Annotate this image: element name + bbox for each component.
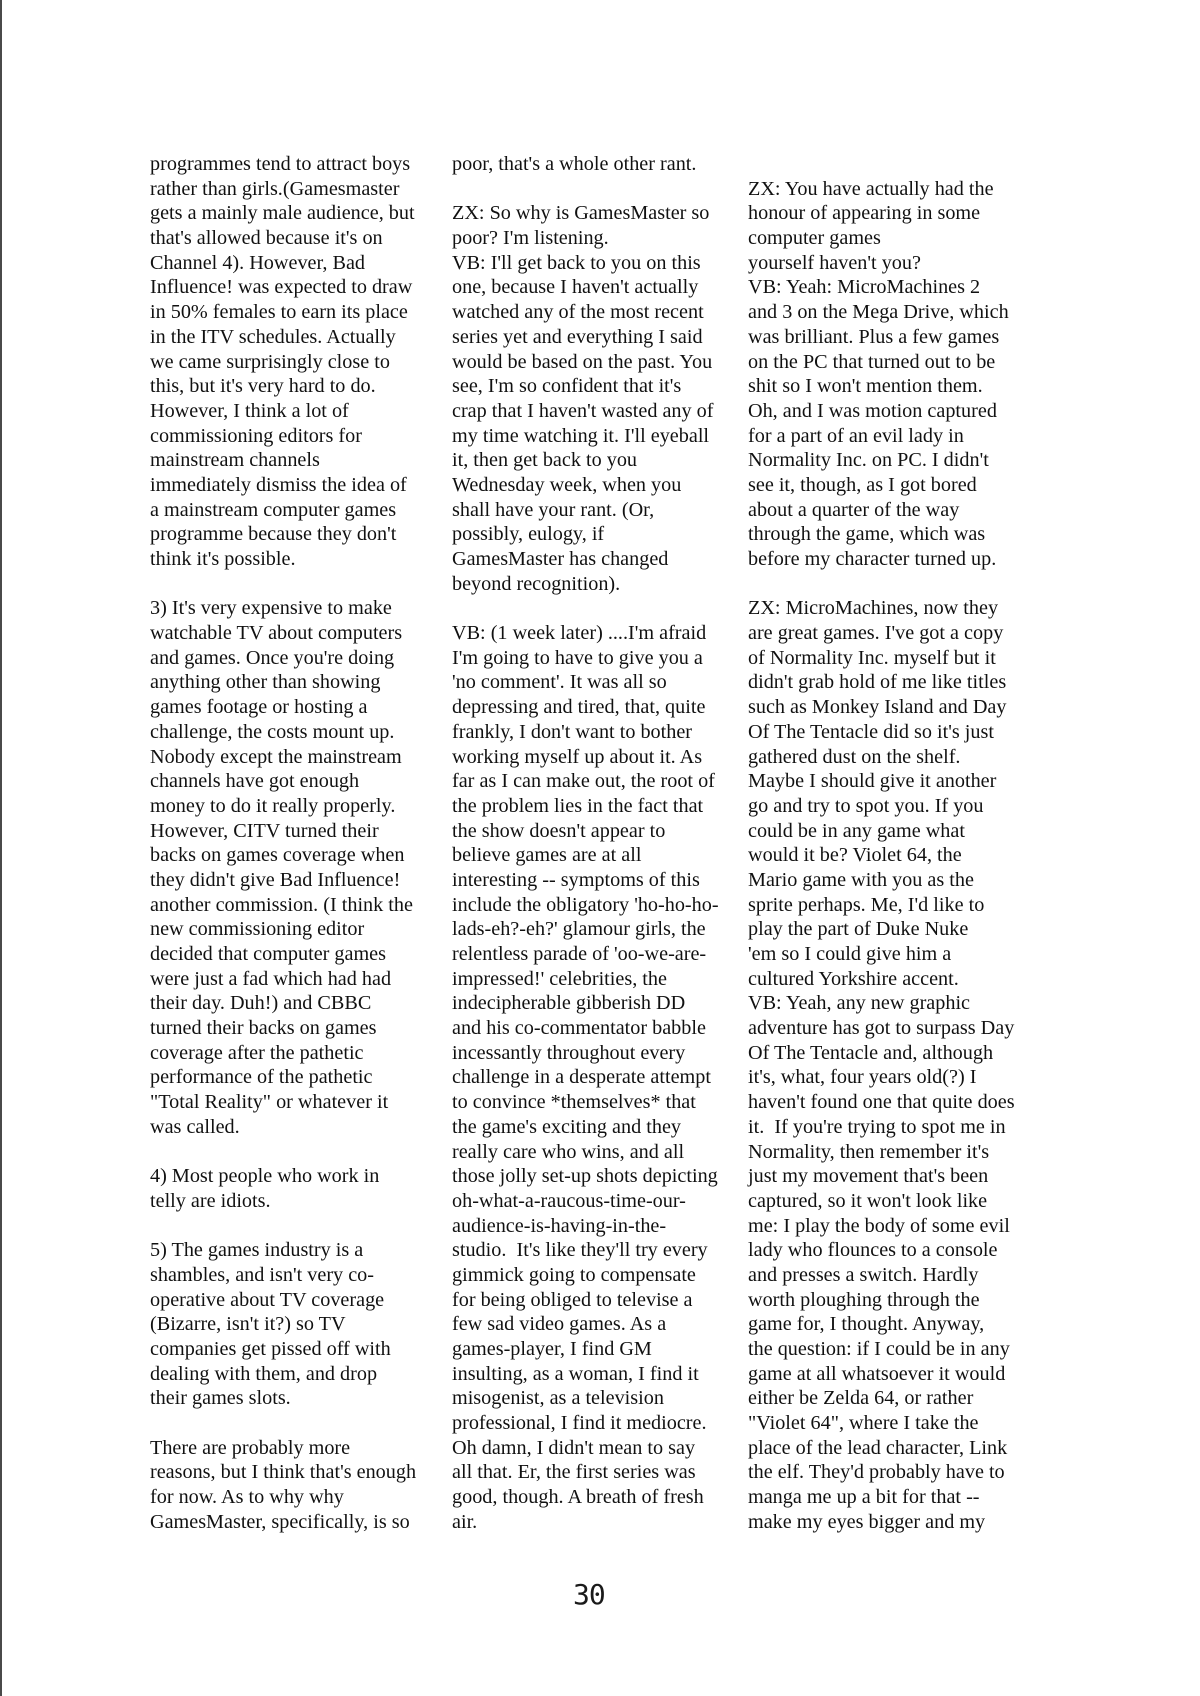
text-line: adventure has got to surpass Day: [748, 1016, 1048, 1041]
text-line: their day. Duh!) and CBBC: [150, 991, 440, 1016]
text-line: decided that computer games: [150, 942, 440, 967]
text-line: "Total Reality" or whatever it: [150, 1090, 440, 1115]
text-column-1: programmes tend to attract boysrather th…: [150, 152, 440, 1535]
text-line: GamesMaster, specifically, is so: [150, 1510, 440, 1535]
text-line: would it be? Violet 64, the: [748, 843, 1048, 868]
text-line: ZX: MicroMachines, now they: [748, 596, 1048, 621]
text-line: one, because I haven't actually: [452, 275, 747, 300]
text-line: Normality Inc. on PC. I didn't: [748, 448, 1048, 473]
text-line: and presses a switch. Hardly: [748, 1263, 1048, 1288]
text-line: gets a mainly male audience, but: [150, 201, 440, 226]
text-line: gathered dust on the shelf.: [748, 745, 1048, 770]
text-line: Influence! was expected to draw: [150, 275, 440, 300]
text-line: play the part of Duke Nuke: [748, 917, 1048, 942]
text-line: the game's exciting and they: [452, 1115, 747, 1140]
text-line: depressing and tired, that, quite: [452, 695, 747, 720]
text-column-2: poor, that's a whole other rant.ZX: So w…: [452, 152, 747, 1535]
text-line: cultured Yorkshire accent.: [748, 967, 1048, 992]
text-line: it's, what, four years old(?) I: [748, 1065, 1048, 1090]
text-line: Of The Tentacle did so it's just: [748, 720, 1048, 745]
text-line: see it, though, as I got bored: [748, 473, 1048, 498]
text-line: shit so I won't mention them.: [748, 374, 1048, 399]
text-line: 5) The games industry is a: [150, 1238, 440, 1263]
text-line: game at all whatsoever it would: [748, 1362, 1048, 1387]
text-line: shall have your rant. (Or,: [452, 498, 747, 523]
text-line: computer games: [748, 226, 1048, 251]
text-line: of Normality Inc. myself but it: [748, 646, 1048, 671]
text-line: really care who wins, and all: [452, 1140, 747, 1165]
text-line: through the game, which was: [748, 522, 1048, 547]
text-line: ZX: So why is GamesMaster so: [452, 201, 747, 226]
text-line: in 50% females to earn its place: [150, 300, 440, 325]
text-line: programmes tend to attract boys: [150, 152, 440, 177]
text-line: series yet and everything I said: [452, 325, 747, 350]
text-line: for a part of an evil lady in: [748, 424, 1048, 449]
text-line: Of The Tentacle and, although: [748, 1041, 1048, 1066]
text-line: dealing with them, and drop: [150, 1362, 440, 1387]
text-line: on the PC that turned out to be: [748, 350, 1048, 375]
text-line: think it's possible.: [150, 547, 440, 572]
text-line: possibly, eulogy, if: [452, 522, 747, 547]
text-line: (Bizarre, isn't it?) so TV: [150, 1312, 440, 1337]
text-line: turned their backs on games: [150, 1016, 440, 1041]
text-line: games footage or hosting a: [150, 695, 440, 720]
text-line: 4) Most people who work in: [150, 1164, 440, 1189]
text-line: air.: [452, 1510, 747, 1535]
text-line: interesting -- symptoms of this: [452, 868, 747, 893]
text-line: I'm going to have to give you a: [452, 646, 747, 671]
text-line: we came surprisingly close to: [150, 350, 440, 375]
text-line: operative about TV coverage: [150, 1288, 440, 1313]
text-line: the question: if I could be in any: [748, 1337, 1048, 1362]
text-line: it. If you're trying to spot me in: [748, 1115, 1048, 1140]
text-line: that's allowed because it's on: [150, 226, 440, 251]
text-line: are great games. I've got a copy: [748, 621, 1048, 646]
text-line: programme because they don't: [150, 522, 440, 547]
text-line: all that. Er, the first series was: [452, 1460, 747, 1485]
text-line: Wednesday week, when you: [452, 473, 747, 498]
text-line: [748, 152, 1048, 177]
text-line: the elf. They'd probably have to: [748, 1460, 1048, 1485]
text-line: before my character turned up.: [748, 547, 1048, 572]
text-line: professional, I find it mediocre.: [452, 1411, 747, 1436]
text-line: believe games are at all: [452, 843, 747, 868]
text-line: another commission. (I think the: [150, 893, 440, 918]
text-line: worth ploughing through the: [748, 1288, 1048, 1313]
text-line: telly are idiots.: [150, 1189, 440, 1214]
text-line: see, I'm so confident that it's: [452, 374, 747, 399]
text-line: could be in any game what: [748, 819, 1048, 844]
text-line: would be based on the past. You: [452, 350, 747, 375]
text-line: crap that I haven't wasted any of: [452, 399, 747, 424]
text-line: [748, 572, 1048, 597]
text-line: include the obligatory 'ho-ho-ho-: [452, 893, 747, 918]
text-line: sprite perhaps. Me, I'd like to: [748, 893, 1048, 918]
text-line: shambles, and isn't very co-: [150, 1263, 440, 1288]
text-line: beyond recognition).: [452, 572, 747, 597]
text-line: working myself up about it. As: [452, 745, 747, 770]
text-line: [150, 1140, 440, 1165]
text-line: [150, 1214, 440, 1239]
text-line: However, CITV turned their: [150, 819, 440, 844]
text-line: 'no comment'. It was all so: [452, 670, 747, 695]
text-line: [452, 177, 747, 202]
text-line: indecipherable gibberish DD: [452, 991, 747, 1016]
text-line: their games slots.: [150, 1386, 440, 1411]
text-line: just my movement that's been: [748, 1164, 1048, 1189]
text-line: make my eyes bigger and my: [748, 1510, 1048, 1535]
text-line: the show doesn't appear to: [452, 819, 747, 844]
text-line: challenge, the costs mount up.: [150, 720, 440, 745]
text-line: was brilliant. Plus a few games: [748, 325, 1048, 350]
text-line: [150, 572, 440, 597]
text-line: Mario game with you as the: [748, 868, 1048, 893]
text-line: game for, I thought. Anyway,: [748, 1312, 1048, 1337]
text-line: studio. It's like they'll try every: [452, 1238, 747, 1263]
text-line: Normality, then remember it's: [748, 1140, 1048, 1165]
text-line: insulting, as a woman, I find it: [452, 1362, 747, 1387]
text-line: challenge in a desperate attempt: [452, 1065, 747, 1090]
text-line: my time watching it. I'll eyeball: [452, 424, 747, 449]
text-line: Oh, and I was motion captured: [748, 399, 1048, 424]
text-line: few sad video games. As a: [452, 1312, 747, 1337]
text-line: lady who flounces to a console: [748, 1238, 1048, 1263]
text-line: either be Zelda 64, or rather: [748, 1386, 1048, 1411]
text-line: good, though. A breath of fresh: [452, 1485, 747, 1510]
text-line: about a quarter of the way: [748, 498, 1048, 523]
text-line: Oh damn, I didn't mean to say: [452, 1436, 747, 1461]
text-line: gimmick going to compensate: [452, 1263, 747, 1288]
text-line: this, but it's very hard to do.: [150, 374, 440, 399]
text-line: mainstream channels: [150, 448, 440, 473]
text-line: in the ITV schedules. Actually: [150, 325, 440, 350]
text-line: new commissioning editor: [150, 917, 440, 942]
text-line: backs on games coverage when: [150, 843, 440, 868]
text-line: Maybe I should give it another: [748, 769, 1048, 794]
text-line: coverage after the pathetic: [150, 1041, 440, 1066]
text-line: commissioning editors for: [150, 424, 440, 449]
text-line: and 3 on the Mega Drive, which: [748, 300, 1048, 325]
text-line: the problem lies in the fact that: [452, 794, 747, 819]
text-line: and his co-commentator babble: [452, 1016, 747, 1041]
text-line: captured, so it won't look like: [748, 1189, 1048, 1214]
text-line: impressed!' celebrities, the: [452, 967, 747, 992]
text-column-3: ZX: You have actually had thehonour of a…: [748, 152, 1048, 1535]
text-line: and games. Once you're doing: [150, 646, 440, 671]
text-line: manga me up a bit for that --: [748, 1485, 1048, 1510]
text-line: watched any of the most recent: [452, 300, 747, 325]
text-line: me: I play the body of some evil: [748, 1214, 1048, 1239]
text-line: go and try to spot you. If you: [748, 794, 1048, 819]
text-line: There are probably more: [150, 1436, 440, 1461]
text-line: Channel 4). However, Bad: [150, 251, 440, 276]
text-line: yourself haven't you?: [748, 251, 1048, 276]
text-line: Nobody except the mainstream: [150, 745, 440, 770]
text-line: money to do it really properly.: [150, 794, 440, 819]
text-line: place of the lead character, Link: [748, 1436, 1048, 1461]
text-line: companies get pissed off with: [150, 1337, 440, 1362]
text-line: poor, that's a whole other rant.: [452, 152, 747, 177]
text-line: lads-eh?-eh?' glamour girls, the: [452, 917, 747, 942]
text-line: GamesMaster has changed: [452, 547, 747, 572]
text-line: a mainstream computer games: [150, 498, 440, 523]
text-line: misogenist, as a television: [452, 1386, 747, 1411]
text-line: However, I think a lot of: [150, 399, 440, 424]
text-line: games-player, I find GM: [452, 1337, 747, 1362]
page-left-border: [0, 0, 2, 1696]
text-line: to convince *themselves* that: [452, 1090, 747, 1115]
text-line: immediately dismiss the idea of: [150, 473, 440, 498]
text-line: VB: (1 week later) ....I'm afraid: [452, 621, 747, 646]
text-line: channels have got enough: [150, 769, 440, 794]
text-line: they didn't give Bad Influence!: [150, 868, 440, 893]
text-line: incessantly throughout every: [452, 1041, 747, 1066]
text-line: watchable TV about computers: [150, 621, 440, 646]
text-line: those jolly set-up shots depicting: [452, 1164, 747, 1189]
text-line: ZX: You have actually had the: [748, 177, 1048, 202]
text-line: VB: Yeah: MicroMachines 2: [748, 275, 1048, 300]
text-line: didn't grab hold of me like titles: [748, 670, 1048, 695]
text-line: poor? I'm listening.: [452, 226, 747, 251]
text-line: were just a fad which had had: [150, 967, 440, 992]
text-line: frankly, I don't want to bother: [452, 720, 747, 745]
text-line: anything other than showing: [150, 670, 440, 695]
text-line: audience-is-having-in-the-: [452, 1214, 747, 1239]
text-line: far as I can make out, the root of: [452, 769, 747, 794]
text-line: VB: I'll get back to you on this: [452, 251, 747, 276]
text-line: relentless parade of 'oo-we-are-: [452, 942, 747, 967]
text-line: oh-what-a-raucous-time-our-: [452, 1189, 747, 1214]
text-line: such as Monkey Island and Day: [748, 695, 1048, 720]
text-line: for now. As to why why: [150, 1485, 440, 1510]
text-line: 'em so I could give him a: [748, 942, 1048, 967]
text-line: [150, 1411, 440, 1436]
text-line: VB: Yeah, any new graphic: [748, 991, 1048, 1016]
text-line: [452, 596, 747, 621]
text-line: for being obliged to televise a: [452, 1288, 747, 1313]
text-line: it, then get back to you: [452, 448, 747, 473]
text-line: rather than girls.(Gamesmaster: [150, 177, 440, 202]
text-line: honour of appearing in some: [748, 201, 1048, 226]
text-line: reasons, but I think that's enough: [150, 1460, 440, 1485]
text-line: "Violet 64", where I take the: [748, 1411, 1048, 1436]
page-number: 30: [573, 1578, 605, 1611]
text-line: haven't found one that quite does: [748, 1090, 1048, 1115]
text-line: 3) It's very expensive to make: [150, 596, 440, 621]
text-line: was called.: [150, 1115, 440, 1140]
text-line: performance of the pathetic: [150, 1065, 440, 1090]
